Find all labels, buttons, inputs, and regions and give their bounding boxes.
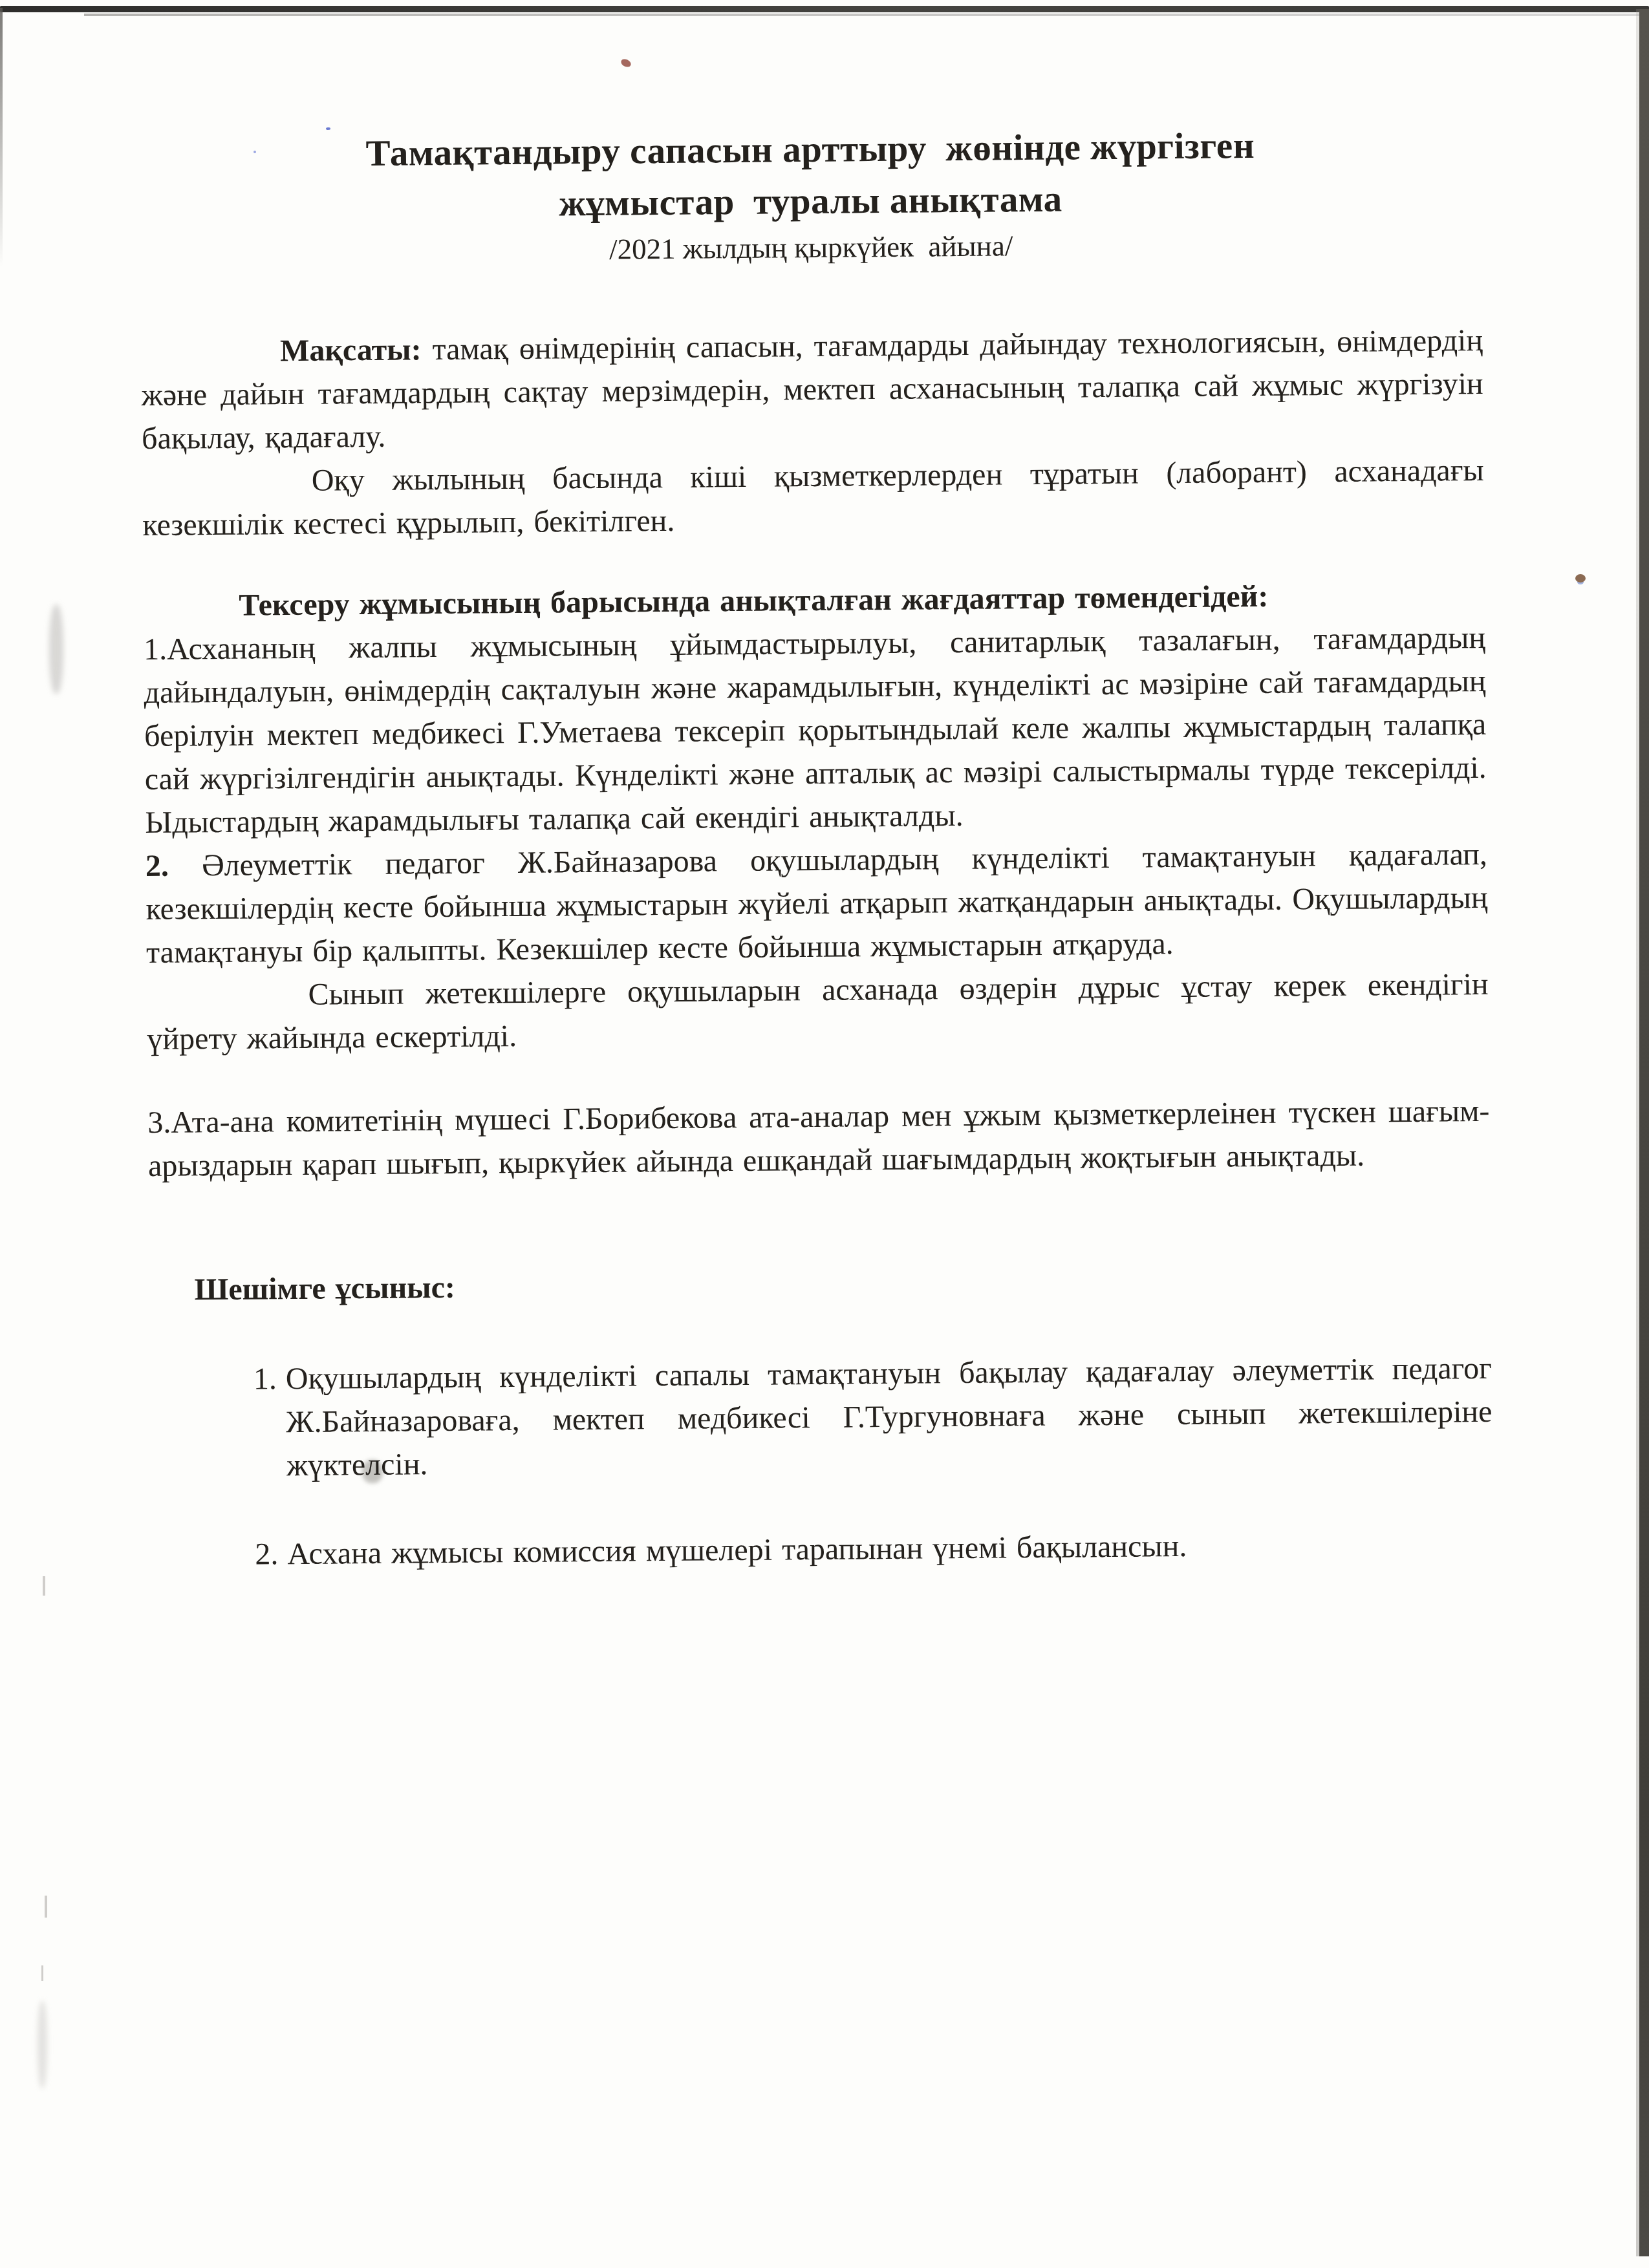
decision-item-text: Асхана жұмысы комиссия мүшелері тарапына… xyxy=(287,1522,1494,1576)
finding2-text: Әлеуметтік педагог Ж.Байназарова оқушыла… xyxy=(145,837,1487,970)
scan-mark xyxy=(45,1896,47,1918)
decision-item-text: Оқушылардың күнделікті сапалы тамақтануы… xyxy=(286,1347,1493,1487)
decision-item-number: 1. xyxy=(253,1357,287,1487)
purpose-label: Мақсаты: xyxy=(280,332,422,368)
scan-edge-right-shadow xyxy=(1636,9,1639,2256)
scan-mark xyxy=(43,1576,45,1596)
decision-item-number: 2. xyxy=(255,1532,288,1576)
paragraph-finding2: 2. Әлеуметтік педагог Ж.Байназарова оқуш… xyxy=(145,833,1489,974)
decision-list: 1. Оқушылардың күнделікті сапалы тамақта… xyxy=(150,1347,1494,1577)
scan-smudge xyxy=(49,604,63,694)
paragraph-finding3: 3.Ата-ана комитетінің мүшесі Г.Борибеков… xyxy=(147,1089,1490,1188)
scan-mark xyxy=(41,1965,43,1981)
paragraph-finding2b: Сынып жетекшілерге оқушыларын асханада ө… xyxy=(146,963,1489,1061)
scan-smudge xyxy=(38,2001,47,2088)
scan-edge-left xyxy=(0,8,3,266)
decision-item: 2. Асхана жұмысы комиссия мүшелері тарап… xyxy=(255,1522,1494,1576)
document-content: Тамақтандыру сапасын арттыру жөнінде жүр… xyxy=(139,118,1493,1577)
scanned-document-page: Тамақтандыру сапасын арттыру жөнінде жүр… xyxy=(0,0,1649,2268)
paragraph-purpose: Мақсаты: тамақ өнімдерінің сапасын, таға… xyxy=(141,319,1484,460)
scan-edge-top-secondary xyxy=(84,14,1649,16)
paragraph-intro2: Оқу жылының басында кіші қызметкерлерден… xyxy=(142,449,1484,547)
decision-heading: Шешімге ұсыныс: xyxy=(149,1257,1491,1312)
ink-speck xyxy=(1575,574,1586,583)
finding2-number: 2. xyxy=(145,849,169,883)
decision-item: 1. Оқушылардың күнделікті сапалы тамақта… xyxy=(253,1347,1493,1488)
scan-edge-right xyxy=(1639,9,1649,2256)
ink-speck xyxy=(620,58,632,69)
scan-edge-top xyxy=(0,6,1649,12)
paragraph-finding1: 1.Асхананың жалпы жұмысының ұйымдастырыл… xyxy=(144,616,1487,844)
